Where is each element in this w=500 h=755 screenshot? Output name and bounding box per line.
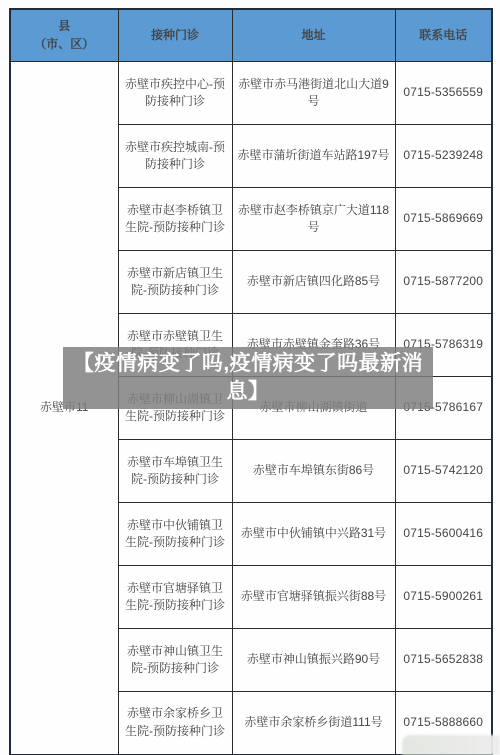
col-header-region-line2: （市、区） xyxy=(15,36,114,53)
header-row: 县 （市、区） 接种门诊 地址 联系电话 xyxy=(10,9,492,62)
phone-cell: 0715-5239248 xyxy=(395,125,492,188)
watermark-text-line1: 【疫情病变了吗,疫情病变了吗最新消 xyxy=(73,350,423,378)
phone-cell: 0715-5600416 xyxy=(395,503,492,566)
phone-cell: 0715-5869669 xyxy=(395,188,492,251)
clinic-cell: 赤壁市赵李桥镇卫生院-预防接种门诊 xyxy=(118,188,232,251)
address-cell: 赤壁市官塘驿镇振兴街88号 xyxy=(232,566,395,629)
table-row: 赤壁市11 赤壁市疾控中心-预防接种门诊 赤壁市赤马港街道北山大道9号 0715… xyxy=(10,62,492,125)
corner-watermark xyxy=(402,735,500,755)
clinic-cell: 赤壁市车埠镇卫生院-预防接种门诊 xyxy=(118,440,232,503)
phone-cell: 0715-5900261 xyxy=(395,566,492,629)
watermark-overlay: 【疫情病变了吗,疫情病变了吗最新消 息】 xyxy=(63,347,433,409)
screenshot-canvas: 县 （市、区） 接种门诊 地址 联系电话 赤壁市11 赤壁市疾控中心-预防接种门… xyxy=(0,0,500,755)
address-cell: 赤壁市蒲圻街道车站路197号 xyxy=(232,125,395,188)
address-cell: 赤壁市赵李桥镇京广大道118号 xyxy=(232,188,395,251)
col-header-region: 县 （市、区） xyxy=(10,9,118,62)
phone-cell: 0715-5652838 xyxy=(395,629,492,692)
clinic-cell: 赤壁市疾控中心-预防接种门诊 xyxy=(118,62,232,125)
address-cell: 赤壁市新店镇四化路85号 xyxy=(232,251,395,314)
col-header-region-line1: 县 xyxy=(15,18,114,35)
address-cell: 赤壁市车埠镇东街86号 xyxy=(232,440,395,503)
address-cell: 赤壁市赤马港街道北山大道9号 xyxy=(232,62,395,125)
address-cell: 赤壁市中伙铺镇中兴路31号 xyxy=(232,503,395,566)
clinic-cell: 赤壁市神山镇卫生院-预防接种门诊 xyxy=(118,629,232,692)
address-cell: 赤壁市余家桥乡街道111号 xyxy=(232,692,395,755)
clinic-cell: 赤壁市疾控城南-预防接种门诊 xyxy=(118,125,232,188)
address-cell: 赤壁市神山镇振兴路90号 xyxy=(232,629,395,692)
clinic-cell: 赤壁市余家桥乡卫生院-预防接种门诊 xyxy=(118,692,232,755)
col-header-clinic: 接种门诊 xyxy=(118,9,232,62)
phone-cell: 0715-5356559 xyxy=(395,62,492,125)
clinic-cell: 赤壁市新店镇卫生院-预防接种门诊 xyxy=(118,251,232,314)
clinic-cell: 赤壁市官塘驿镇卫生院-预防接种门诊 xyxy=(118,566,232,629)
col-header-phone: 联系电话 xyxy=(395,9,492,62)
phone-cell: 0715-5877200 xyxy=(395,251,492,314)
watermark-text-line2: 息】 xyxy=(227,378,270,406)
clinic-cell: 赤壁市中伙铺镇卫生院-预防接种门诊 xyxy=(118,503,232,566)
col-header-address: 地址 xyxy=(232,9,395,62)
phone-cell: 0715-5742120 xyxy=(395,440,492,503)
